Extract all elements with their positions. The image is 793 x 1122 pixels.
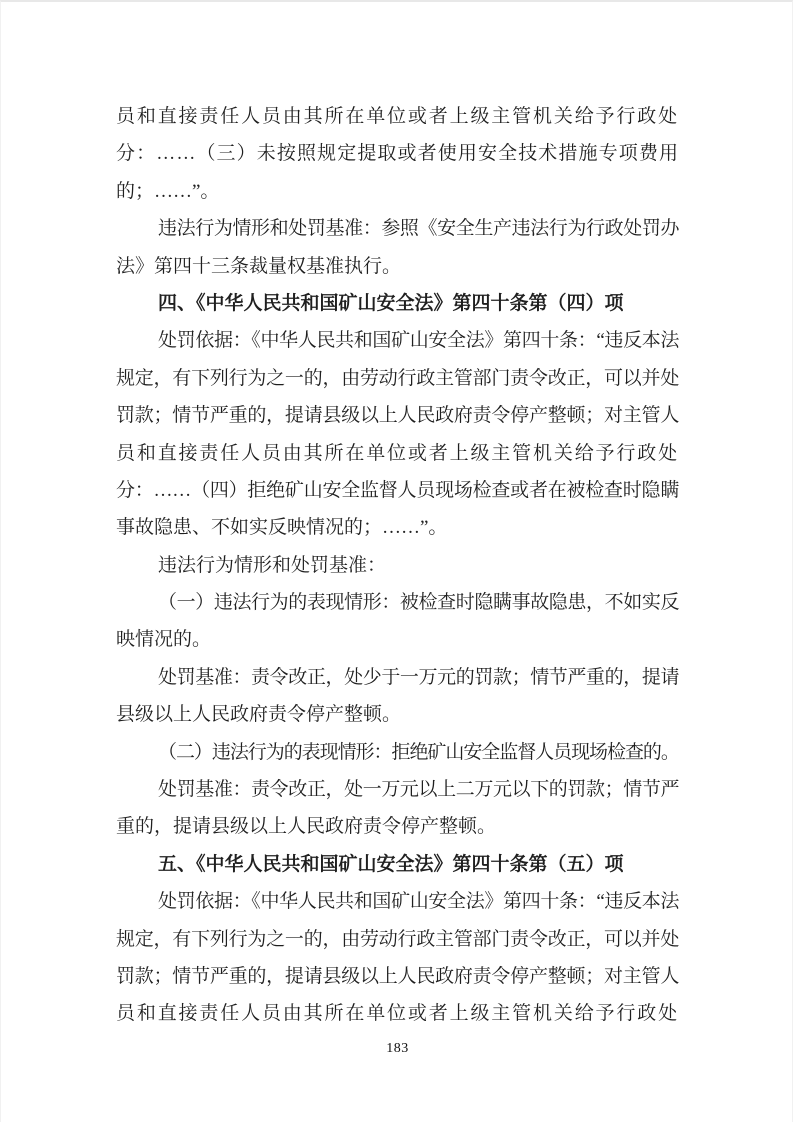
- text-line: 员和直接责任人员由其所在单位或者上级主管机关给予行政处: [116, 995, 679, 1032]
- text-line: 映情况的。: [116, 621, 679, 658]
- paragraph: 处罚依据：《中华人民共和国矿山安全法》第四十条：“违反本法规定，有下列行为之一的…: [116, 883, 679, 1033]
- paragraph: （二）违法行为的表现情形：拒绝矿山安全监督人员现场检查的。: [116, 734, 679, 771]
- text-line: 处罚基准：责令改正，处少于一万元的罚款；情节严重的，提请: [116, 659, 679, 696]
- paragraph: 处罚依据：《中华人民共和国矿山安全法》第四十条：“违反本法规定，有下列行为之一的…: [116, 322, 679, 546]
- text-line: 处罚依据：《中华人民共和国矿山安全法》第四十条：“违反本法: [116, 322, 679, 359]
- paragraph: 处罚基准：责令改正，处一万元以上二万元以下的罚款；情节严重的，提请县级以上人民政…: [116, 771, 679, 846]
- text-line: 规定，有下列行为之一的，由劳动行政主管部门责令改正，可以并处: [116, 360, 679, 397]
- text-line: 县级以上人民政府责令停产整顿。: [116, 696, 679, 733]
- text-line: （一）违法行为的表现情形：被检查时隐瞒事故隐患，不如实反: [116, 584, 679, 621]
- page-number: 183: [1, 1041, 793, 1057]
- text-line: 员和直接责任人员由其所在单位或者上级主管机关给予行政处: [116, 435, 679, 472]
- text-line: 五、《中华人民共和国矿山安全法》第四十条第（五）项: [116, 846, 679, 883]
- text-line: 法》第四十三条裁量权基准执行。: [116, 248, 679, 285]
- text-line: 规定，有下列行为之一的，由劳动行政主管部门责令改正，可以并处: [116, 921, 679, 958]
- paragraph: 违法行为情形和处罚基准：参照《安全生产违法行为行政处罚办法》第四十三条裁量权基准…: [116, 210, 679, 285]
- text-line: 分：……（三）未按照规定提取或者使用安全技术措施专项费用: [116, 135, 679, 172]
- text-line: 四、《中华人民共和国矿山安全法》第四十条第（四）项: [116, 285, 679, 322]
- paragraph: 处罚基准：责令改正，处少于一万元的罚款；情节严重的，提请县级以上人民政府责令停产…: [116, 659, 679, 734]
- paragraph: （一）违法行为的表现情形：被检查时隐瞒事故隐患，不如实反映情况的。: [116, 584, 679, 659]
- text-line: 违法行为情形和处罚基准：参照《安全生产违法行为行政处罚办: [116, 210, 679, 247]
- document-body-text: 员和直接责任人员由其所在单位或者上级主管机关给予行政处分：……（三）未按照规定提…: [116, 98, 679, 1033]
- text-line: 罚款；情节严重的，提请县级以上人民政府责令停产整顿；对主管人: [116, 958, 679, 995]
- text-line: 违法行为情形和处罚基准：: [116, 547, 679, 584]
- paragraph: 违法行为情形和处罚基准：: [116, 547, 679, 584]
- paragraph: 员和直接责任人员由其所在单位或者上级主管机关给予行政处分：……（三）未按照规定提…: [116, 98, 679, 210]
- section-heading: 五、《中华人民共和国矿山安全法》第四十条第（五）项: [116, 846, 679, 883]
- text-line: 重的，提请县级以上人民政府责令停产整顿。: [116, 808, 679, 845]
- text-line: 分：……（四）拒绝矿山安全监督人员现场检查或者在被检查时隐瞒: [116, 472, 679, 509]
- text-line: 处罚基准：责令改正，处一万元以上二万元以下的罚款；情节严: [116, 771, 679, 808]
- section-heading: 四、《中华人民共和国矿山安全法》第四十条第（四）项: [116, 285, 679, 322]
- text-line: 处罚依据：《中华人民共和国矿山安全法》第四十条：“违反本法: [116, 883, 679, 920]
- text-line: 罚款；情节严重的，提请县级以上人民政府责令停产整顿；对主管人: [116, 397, 679, 434]
- document-page: { "document": { "language": "zh-CN", "bl…: [0, 0, 793, 1122]
- text-line: 事故隐患、不如实反映情况的；……”。: [116, 509, 679, 546]
- text-line: 的；……”。: [116, 173, 679, 210]
- text-line: （二）违法行为的表现情形：拒绝矿山安全监督人员现场检查的。: [116, 734, 679, 771]
- text-line: 员和直接责任人员由其所在单位或者上级主管机关给予行政处: [116, 98, 679, 135]
